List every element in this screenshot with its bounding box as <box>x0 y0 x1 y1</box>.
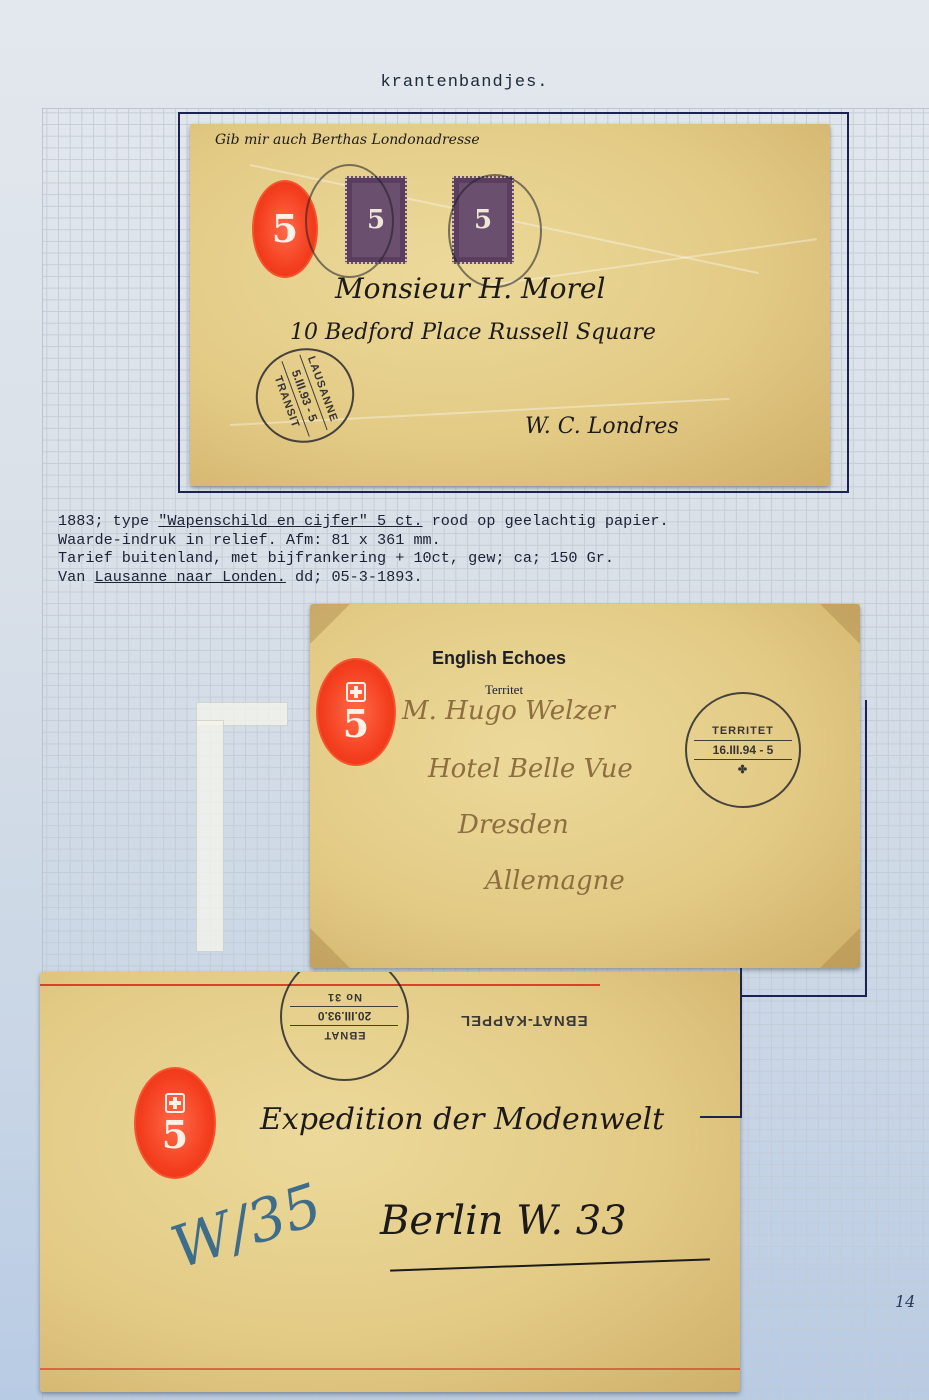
newspaper-wrapper-lausanne: Gib mir auch Berthas Londonadresse 5 5 5… <box>190 124 830 486</box>
address-line: Dresden <box>458 810 569 840</box>
straight-line-cancel: EBNAT-KAPPEL <box>460 1012 588 1029</box>
swiss-cross-icon <box>346 682 366 702</box>
mount-frame-line <box>700 1116 742 1118</box>
embossed-stamp: 5 <box>316 658 396 766</box>
mount-frame-line <box>740 968 742 1118</box>
embossed-value: 5 <box>162 1117 188 1153</box>
postmark-territet: TERRITET 16.III.94 - 5 ✤ <box>685 692 801 808</box>
handwritten-note: Gib mir auch Berthas Londonadresse <box>215 132 480 148</box>
address-line: Expedition der Modenwelt <box>260 1102 664 1137</box>
printed-heading: English Echoes <box>432 648 566 669</box>
embossed-stamp: 5 <box>134 1067 216 1179</box>
post-horn-icon: ✤ <box>738 763 748 776</box>
address-line: 10 Bedford Place Russell Square <box>290 320 656 345</box>
postmark-circle <box>305 164 394 278</box>
red-border-line <box>40 1368 740 1370</box>
newspaper-wrapper-ebnat: 5 EBNAT 20.III.93.0 No 31 EBNAT-KAPPEL E… <box>40 972 740 1392</box>
address-line: W. C. Londres <box>525 414 679 439</box>
newspaper-wrapper-territet: 5 English Echoes Territet M. Hugo Welzer… <box>310 604 860 968</box>
embossed-value: 5 <box>272 211 298 247</box>
embossed-value: 5 <box>343 706 369 742</box>
item-description: 1883; type "Wapenschild en cijfer" 5 ct.… <box>58 512 669 586</box>
page-title: krantenbandjes. <box>0 73 929 92</box>
address-line: Berlin W. 33 <box>380 1198 627 1244</box>
address-line: M. Hugo Welzer <box>402 696 615 726</box>
postmark-ebnat: EBNAT 20.III.93.0 No 31 <box>280 972 409 1081</box>
postmark-circle <box>448 174 542 288</box>
address-underline <box>390 1258 710 1271</box>
blue-crayon-annotation: W/35 <box>163 1170 329 1282</box>
page-number: 14 <box>895 1292 915 1311</box>
swiss-cross-icon <box>165 1093 185 1113</box>
address-line: Hotel Belle Vue <box>428 754 633 784</box>
postmark-lausanne: LAUSANNE 5.III.93 - 5 TRANSIT <box>242 334 367 456</box>
address-line: Monsieur H. Morel <box>335 272 605 305</box>
hinge-tape <box>196 720 224 952</box>
album-page: krantenbandjes. Gib mir auch Berthas Lon… <box>0 0 929 1400</box>
address-line: Allemagne <box>485 866 625 896</box>
